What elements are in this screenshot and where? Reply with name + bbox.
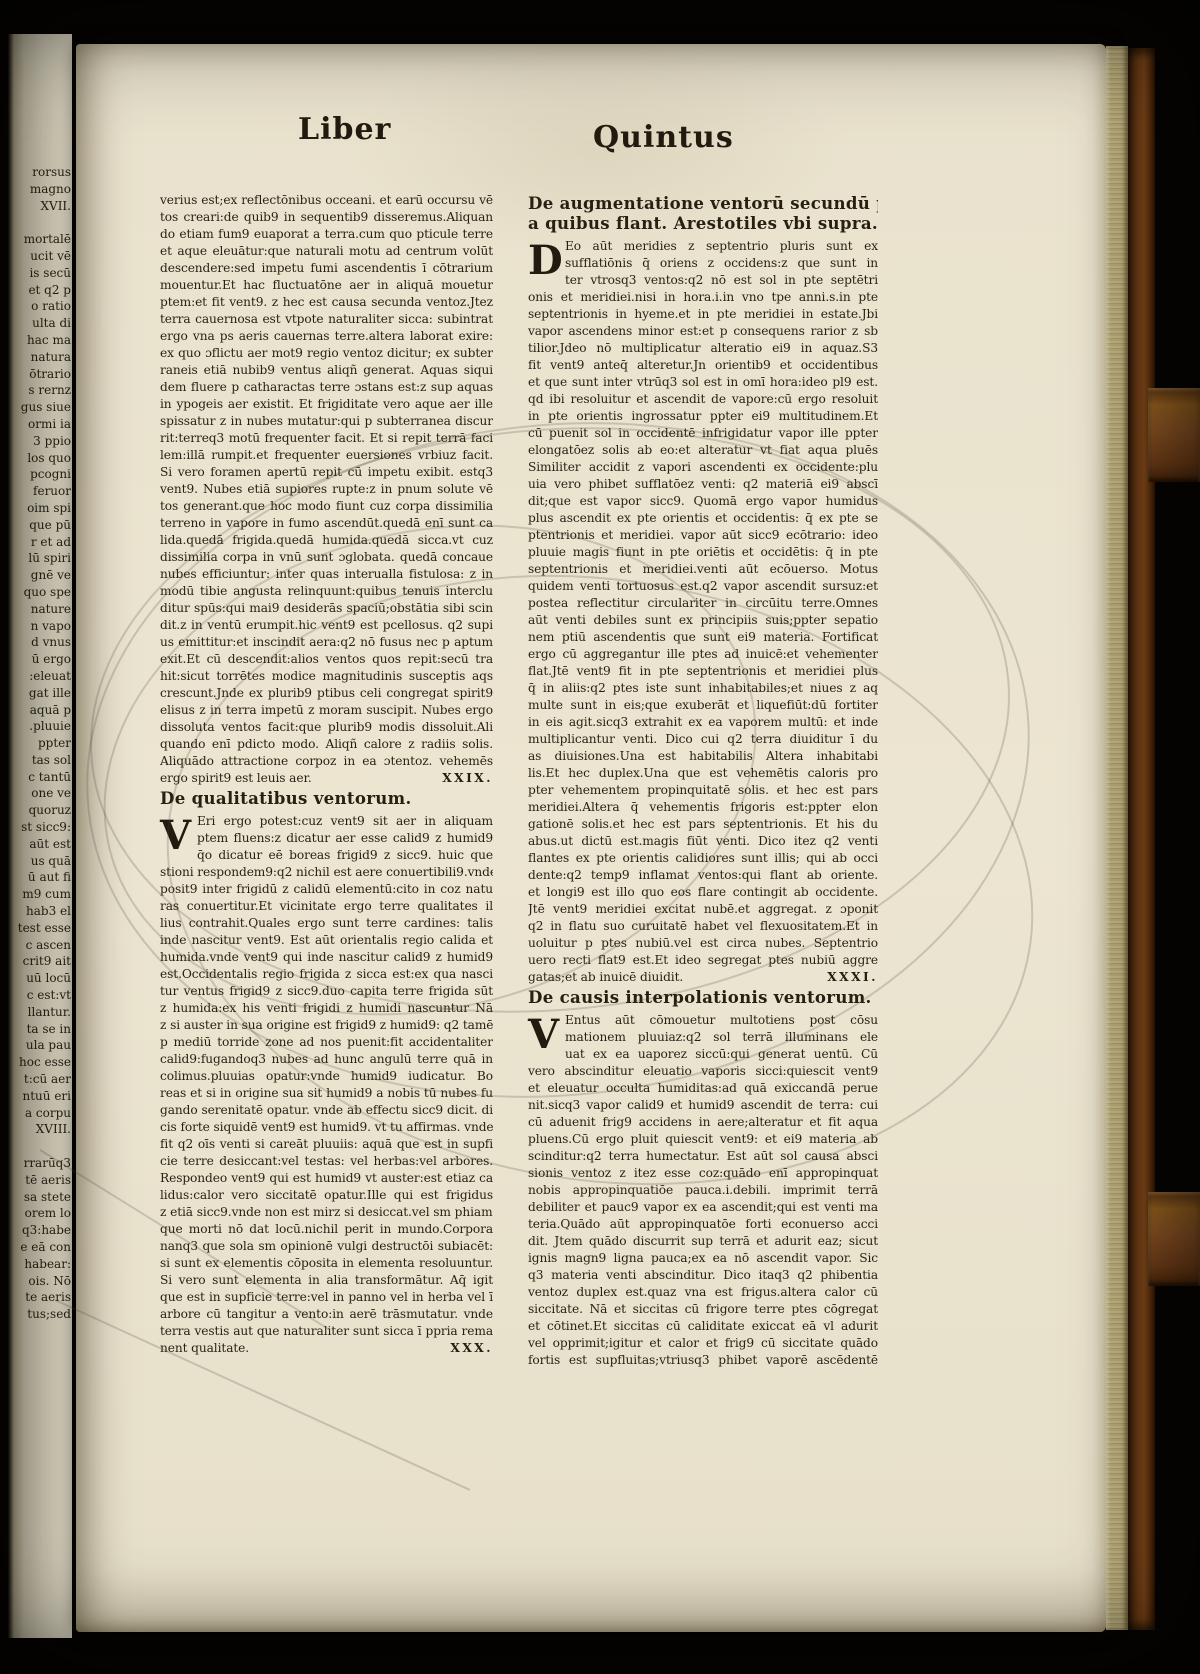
fragment-line: d vnus xyxy=(8,634,71,651)
text-column-left: verius est;ex reflectōnibus occeani. et … xyxy=(160,192,493,1357)
section-heading: De augmentatione ventorū secundū ptesa q… xyxy=(528,194,878,234)
text-line: septentrionis in hyeme.et in pte meridie… xyxy=(528,306,878,323)
facing-page-fragments: rorsusmagnoXVII. mortalēucit vēis secūet… xyxy=(8,164,71,1323)
text-paragraph: VEntus aūt cōmouetur multotiens post cōs… xyxy=(528,1012,878,1369)
fragment-line: ulta di xyxy=(8,315,71,332)
fragment-line: e eā con xyxy=(8,1239,71,1256)
text-line: tos creari:de quib9 in sequentib9 disser… xyxy=(160,209,493,226)
text-line: pluens.Cū ergo pluit quiescit vent9: et … xyxy=(528,1131,878,1148)
text-line: pluuie magis fiunt in pte oriētis et occ… xyxy=(528,544,878,561)
text-line: ptem:et fit vent9. z hec est causa secun… xyxy=(160,294,493,311)
fragment-line: q3:habe xyxy=(8,1222,71,1239)
text-line: calid9:fugandoq3 nubes ad hunc angulū te… xyxy=(160,1051,493,1068)
text-line: siccitate. Nā et siccitas cū frigore ter… xyxy=(528,1301,878,1318)
fragment-line: pcogni xyxy=(8,466,71,483)
text-line: dissoluta ventos facit:que plurib9 modis… xyxy=(160,719,493,736)
text-paragraph: VEri ergo potest:cuz vent9 sit aer in al… xyxy=(160,813,493,1357)
text-line: qd ibi resoluitur et ascendit de vapore:… xyxy=(528,391,878,408)
text-line: que est in supficie terre:vel in panno v… xyxy=(160,1289,493,1306)
fragment-line: tas sol xyxy=(8,752,71,769)
fragment-line: los quo xyxy=(8,450,71,467)
fragment-line: feruor xyxy=(8,483,71,500)
text-line: postea reflectitur circulariter in circū… xyxy=(528,595,878,612)
fragment-line: XVIII. xyxy=(8,1121,71,1138)
text-line: dente:q2 temp9 inflamat ventos:qui flant… xyxy=(528,867,878,884)
text-line: posit9 inter frigidū z calidū elementū:c… xyxy=(160,881,493,898)
fragment-line: oim spi xyxy=(8,500,71,517)
text-line: cis forte siquidē vent9 est humid9. vt t… xyxy=(160,1119,493,1136)
fragment-line: is secū xyxy=(8,265,71,282)
heading-line: De augmentatione ventorū secundū ptes xyxy=(528,194,878,214)
text-line: dem fluere p catharactas terre ɔstans es… xyxy=(160,379,493,396)
text-line: z humida:ex his venti frigidi z humidi n… xyxy=(160,1000,493,1017)
text-line: Similiter accidit z vapori ascendenti ex… xyxy=(528,459,878,476)
text-line: que morti nō dat locū.nichil perit in mu… xyxy=(160,1221,493,1238)
text-line: et cōtinet.Et siccitas cū caliditate exi… xyxy=(528,1318,878,1335)
text-line: terra cauernosa est vtpote naturaliter s… xyxy=(160,311,493,328)
text-line: gatas;et ab inuicē diuidit.XXXI. xyxy=(528,969,878,986)
text-line: quando enī pdicto modo. Aliqñ calore z r… xyxy=(160,736,493,753)
text-line: mouentur.Et hac fluctuatōne aer in aliqu… xyxy=(160,277,493,294)
text-line-end: gatas;et ab inuicē diuidit. xyxy=(528,969,683,986)
text-line: Respondeo vent9 qui est humid9 vt auster… xyxy=(160,1170,493,1187)
text-line: descendere:sed impetu fumi ascendentis ī… xyxy=(160,260,493,277)
text-line: inde nascitur vent9. Est aūt orientalis … xyxy=(160,932,493,949)
text-line: ditur spūs:qui mai9 desiderās spaciū;obs… xyxy=(160,600,493,617)
text-paragraph: verius est;ex reflectōnibus occeani. et … xyxy=(160,192,493,787)
text-line: teria.Quādo aūt appropinquatōe forti eco… xyxy=(528,1216,878,1233)
text-line: do etiam fum9 euaporat a terra.cum quo p… xyxy=(160,226,493,243)
book-page: Liber Quintus verius est;ex reflectōnibu… xyxy=(76,44,1106,1632)
fragment-line: r et ad xyxy=(8,534,71,551)
fragment-line: st sicc9: xyxy=(8,819,71,836)
fragment-line: ormi ia xyxy=(8,416,71,433)
text-line: lida.quedā frigida.quedā humida.quedā si… xyxy=(160,532,493,549)
fragment-line: ōtrario xyxy=(8,366,71,383)
facing-page-edge: rorsusmagnoXVII. mortalēucit vēis secūet… xyxy=(8,34,72,1638)
text-line: fit vent9 anteq̄ alteretur.Jn orientib9 … xyxy=(528,357,878,374)
text-line: nem ptiū ascendentis que sunt ei9 materi… xyxy=(528,629,878,646)
text-line: exit.Et cū descendit:alios ventos quos r… xyxy=(160,651,493,668)
text-line: ex quo ɔflictu aer mot9 regio ventoz dic… xyxy=(160,345,493,362)
text-line: lidus:calor vero siccitatē opatur.Ille q… xyxy=(160,1187,493,1204)
text-line: vel opprimit;igitur et calor et frig9 cū… xyxy=(528,1335,878,1352)
text-line: us emittitur:et inscindit aera:q2 nō fus… xyxy=(160,634,493,651)
text-line: q3 materia venti abscinditur. Dico itaq3… xyxy=(528,1267,878,1284)
text-line: sionis ventoz z itez esse coz:quādo enī … xyxy=(528,1165,878,1182)
text-line: aūt venti debiles sunt ex principiis sui… xyxy=(528,612,878,629)
text-line: Si vero foramen apertū repit cū impetu e… xyxy=(160,464,493,481)
text-line: pter vehementem propinquitatē solis. et … xyxy=(528,782,878,799)
fragment-line: crit9 ait xyxy=(8,953,71,970)
text-line: cū aduenit frig9 accidens in aere;altera… xyxy=(528,1114,878,1131)
text-line: z si auster in sua origine est frigid9 z… xyxy=(160,1017,493,1034)
fragment-line: t:cū aer xyxy=(8,1071,71,1088)
fragment-line: quo spe xyxy=(8,584,71,601)
text-line: debiliter et pauc9 vapor ex ea ascendit;… xyxy=(528,1199,878,1216)
text-line: p mediū torride zone ad nos puenit:fit a… xyxy=(160,1034,493,1051)
text-line: humida.vnde vent9 qui inde nascitur cali… xyxy=(160,949,493,966)
heading-line: De qualitatibus ventorum. xyxy=(160,789,493,809)
fragment-line: magno xyxy=(8,181,71,198)
text-line: ter vtrosq3 ventos:q2 nō est sol in pte … xyxy=(528,272,878,289)
text-line: Eri ergo potest:cuz vent9 sit aer in ali… xyxy=(160,813,493,830)
fragment-line: tē aeris xyxy=(8,1172,71,1189)
text-line: flantes ex pte orientis calidiores sunt … xyxy=(528,850,878,867)
text-line: dit;que est vapor sicc9. Quomā ergo vapo… xyxy=(528,493,878,510)
text-line: elisus z in terra impetū z moram suscipi… xyxy=(160,702,493,719)
text-line: ptem fluens:z dicatur aer esse calid9 z … xyxy=(160,830,493,847)
text-line: hit:sicut torrētes modice magnitudinis s… xyxy=(160,668,493,685)
text-line: uat ex ea uaporez siccū:qui generat uent… xyxy=(528,1046,878,1063)
fragment-line: c tantū xyxy=(8,769,71,786)
fragment-line: ntuū eri xyxy=(8,1088,71,1105)
text-line: sufflatiōnis q̄ oriens z occidens:z que … xyxy=(528,255,878,272)
text-line: quidem venti tortuosus est.q2 vapor asce… xyxy=(528,578,878,595)
text-line: lem:illā rumpit.et frequenter euersiones… xyxy=(160,447,493,464)
fragment-line: ū aut fi xyxy=(8,869,71,886)
text-line: scinditur:q2 terra humectatur. Est aūt s… xyxy=(528,1148,878,1165)
text-line: raneis etiā nubib9 ventus aliqñ generat.… xyxy=(160,362,493,379)
text-line: tos generant.que hoc modo fiunt cuz corp… xyxy=(160,498,493,515)
text-line: et que sunt inter vtrūq3 sol est in omī … xyxy=(528,374,878,391)
text-line: nobis appropinquatiōe pauca.i.debili. im… xyxy=(528,1182,878,1199)
text-line: flat.Jtē vent9 fit in pte septentrionis … xyxy=(528,663,878,680)
fragment-line: sa stete xyxy=(8,1189,71,1206)
text-line: ergo vna ps aeris cauernas terre.altera … xyxy=(160,328,493,345)
fragment-line: one ve xyxy=(8,785,71,802)
text-line: dissimilia corpa in vnū sunt ɔglobata. q… xyxy=(160,549,493,566)
text-line: et longi9 est illo quo eos flare conting… xyxy=(528,884,878,901)
heading-line: a quibus flant. Arestotiles vbi supra. xyxy=(528,214,878,234)
text-line: ergo spirit9 est leuis aer.XXIX. xyxy=(160,770,493,787)
fragment-line: natura xyxy=(8,349,71,366)
fore-edge-pages xyxy=(1106,46,1128,1630)
text-line: onis et meridiei.nisi in hora.i.in vno t… xyxy=(528,289,878,306)
fragment-line: n vapo xyxy=(8,618,71,635)
text-line: cie terre desiccant:vel testas: vel herb… xyxy=(160,1153,493,1170)
fragment-line: :eleuat xyxy=(8,668,71,685)
fragment-line: ū ergo xyxy=(8,651,71,668)
fragment-line: aquā p xyxy=(8,702,71,719)
text-line: uia vero phibet sufflatōez venti: q2 mat… xyxy=(528,476,878,493)
fragment-line: hoc esse xyxy=(8,1054,71,1071)
fragment-line: 3 ppio xyxy=(8,433,71,450)
text-line: ras conuertitur.Et vicinitate ergo terre… xyxy=(160,898,493,915)
text-line: ergo cū aggregantur ille ptes ad inuicē:… xyxy=(528,646,878,663)
text-line: fit q2 oīs venti si careāt pluuiis: aquā… xyxy=(160,1136,493,1153)
fragment-line: ucit vē xyxy=(8,248,71,265)
text-line-end: nent qualitate. xyxy=(160,1340,249,1357)
text-line: abus.ut dictū est.magis fiūt venti. Dico… xyxy=(528,833,878,850)
text-line: gationē solis.et hec est pars septentrio… xyxy=(528,816,878,833)
fragment-line: et q2 p xyxy=(8,282,71,299)
running-title-left: Liber xyxy=(298,112,391,147)
text-line: dit. Jtem quādo discurrit sup terrā et a… xyxy=(528,1233,878,1250)
text-line: fortis est supfluitas;vtriusq3 phibet va… xyxy=(528,1352,878,1369)
fragment-line: c est:vt xyxy=(8,987,71,1004)
fragment-line: s rernz xyxy=(8,382,71,399)
text-line: colimus.pluuias opatur:vnde humid9 iudic… xyxy=(160,1068,493,1085)
text-line: reas et si in origine sua sit humid9 a n… xyxy=(160,1085,493,1102)
text-line: ventoz duplex est.quaz vna est frigus.al… xyxy=(528,1284,878,1301)
text-line: Entus aūt cōmouetur multotiens post cōsu xyxy=(528,1012,878,1029)
text-line: si sunt ex elementis cōposita in element… xyxy=(160,1255,493,1272)
text-line: ptentrionis et meridiei. vapor aūt sicc9… xyxy=(528,527,878,544)
fragment-line: us quā xyxy=(8,853,71,870)
fragment-line: mortalē xyxy=(8,231,71,248)
text-line: nit.sicq3 vapor calid9 et humid9 ascendi… xyxy=(528,1097,878,1114)
text-line: verius est;ex reflectōnibus occeani. et … xyxy=(160,192,493,209)
fragment-line: ula pau xyxy=(8,1037,71,1054)
text-line: lius contrahit.Quales ergo sunt terre ca… xyxy=(160,915,493,932)
text-line: meridiei.Altera q̄ vehementis frigoris e… xyxy=(528,799,878,816)
text-line: uoluitur p ptes nubiū.vel est circa nube… xyxy=(528,935,878,952)
fragment-line: llantur. xyxy=(8,1004,71,1021)
running-title-right: Quintus xyxy=(593,120,734,155)
text-line: tur ventus frigid9 z sicc9.duo capita te… xyxy=(160,983,493,1000)
text-line: stioni respondem9:q2 nichil est aere con… xyxy=(160,864,493,881)
text-line: tilior.Jdeo nō multiplicatur alteratio e… xyxy=(528,340,878,357)
fragment-line: ois. Nō xyxy=(8,1273,71,1290)
fragment-line: gnē ve xyxy=(8,567,71,584)
text-line: terreno in vapore in fumo ascendūt.quedā… xyxy=(160,515,493,532)
text-line: in pte orientis ingrossatur ppter ei9 mu… xyxy=(528,408,878,425)
fragment-line: nature xyxy=(8,601,71,618)
text-line: septentrionis et meridiei.venti aūt ecōu… xyxy=(528,561,878,578)
fragment-line: tus;sed xyxy=(8,1306,71,1323)
fragment-line: orem lo xyxy=(8,1205,71,1222)
fragment-line: gus siue xyxy=(8,399,71,416)
text-line-end: ergo spirit9 est leuis aer. xyxy=(160,770,312,787)
text-line: et eleuatur occulta humiditas:ad quā exi… xyxy=(528,1080,878,1097)
section-heading: De causis interpolationis ventorum. xyxy=(528,988,878,1008)
text-line: rit:terreq3 motū frequenter facit. Et si… xyxy=(160,430,493,447)
text-line: gando serenitatē opatur. vnde ab effectu… xyxy=(160,1102,493,1119)
fragment-line: .pluuie xyxy=(8,718,71,735)
leather-strap-lower xyxy=(1148,1192,1200,1286)
fragment-line: a corpu xyxy=(8,1105,71,1122)
fragment-line: uū locū xyxy=(8,970,71,987)
fragment-line: ta se in xyxy=(8,1021,71,1038)
fragment-line: quoruz xyxy=(8,802,71,819)
fragment-line: m9 cum xyxy=(8,886,71,903)
binding-board xyxy=(1128,48,1155,1630)
fragment-line: gat ille xyxy=(8,685,71,702)
chapter-number: XXX. xyxy=(450,1340,493,1357)
fragment-line xyxy=(8,214,71,231)
text-line: mationem pluuiaz:q2 sol terrā illuminans… xyxy=(528,1029,878,1046)
text-line: ignis magn9 ligna pauca;ex ea nō ascendi… xyxy=(528,1250,878,1267)
fragment-line: te aeris xyxy=(8,1289,71,1306)
drop-cap-initial: V xyxy=(160,813,191,859)
text-line: vero abscinditur eleuatio vaporis sicci:… xyxy=(528,1063,878,1080)
text-line: q̄ in aliis:q2 ptes iste sunt inhabitabi… xyxy=(528,680,878,697)
fragment-line: que pū xyxy=(8,517,71,534)
fragment-line: c ascen xyxy=(8,937,71,954)
fragment-line: ppter xyxy=(8,735,71,752)
text-line: plus ascendit ex pte orientis et occiden… xyxy=(528,510,878,527)
fragment-line: lū spiri xyxy=(8,550,71,567)
fragment-line: o ratio xyxy=(8,298,71,315)
text-line: lis.Et hec duplex.Una que est vehemētis … xyxy=(528,765,878,782)
heading-line: De causis interpolationis ventorum. xyxy=(528,988,878,1008)
text-line: Jtē vent9 meridiei excitat nubē.et aggre… xyxy=(528,901,878,918)
fragment-line: habear: xyxy=(8,1256,71,1273)
text-line: vapor ascendens minor est:et p consequen… xyxy=(528,323,878,340)
text-line: nubes efficiuntur: inter quas interualla… xyxy=(160,566,493,583)
text-line: nent qualitate.XXX. xyxy=(160,1340,493,1357)
fragment-line xyxy=(8,1138,71,1155)
text-line: elongatōez solis ab eo:et alteratur vt f… xyxy=(528,442,878,459)
text-line: nanq3 que sola sm opinionē vulgi destruc… xyxy=(160,1238,493,1255)
text-line: in eis agit.sicq3 extrahit ex ea vaporem… xyxy=(528,714,878,731)
text-line: uero recti flat9 est.Et ideo segregat pt… xyxy=(528,952,878,969)
chapter-number: XXIX. xyxy=(442,770,493,787)
text-line: q̄o dicatur eē boreas frigid9 z sicc9. h… xyxy=(160,847,493,864)
text-line: et aque eleuātur:que naturali motu ad ce… xyxy=(160,243,493,260)
text-line: Aliquādo attractione corpoz in ea ɔtento… xyxy=(160,753,493,770)
drop-cap-initial: V xyxy=(528,1012,559,1058)
text-line: z etiā sicc9.vnde non est mirz si desicc… xyxy=(160,1204,493,1221)
photo-background: rorsusmagnoXVII. mortalēucit vēis secūet… xyxy=(0,0,1200,1674)
text-paragraph: DEo aūt meridies z septentrio pluris sun… xyxy=(528,238,878,986)
text-line: Eo aūt meridies z septentrio pluris sunt… xyxy=(528,238,878,255)
text-line: Si vero sunt elementa in alia transformā… xyxy=(160,1272,493,1289)
text-line: cū puenit sol in occidentē infrigidatur … xyxy=(528,425,878,442)
text-line: spissatur z in nubes mutatur:qui p subte… xyxy=(160,413,493,430)
fragment-line: aūt est xyxy=(8,836,71,853)
text-line: q2 in flatu suo curuitatē habet vel flex… xyxy=(528,918,878,935)
text-line: in ypogeis aer existit. Et frigiditate v… xyxy=(160,396,493,413)
text-line: as diuisiones.Una est habitabilis Altera… xyxy=(528,748,878,765)
fragment-line: hac ma xyxy=(8,332,71,349)
text-line: modū tibie angusta relinquunt:quibus ten… xyxy=(160,583,493,600)
fragment-line: rorsus xyxy=(8,164,71,181)
drop-cap-initial: D xyxy=(528,238,563,284)
chapter-number: XXXI. xyxy=(827,969,878,986)
text-line: est.Occidentalis regio frigida z sicca e… xyxy=(160,966,493,983)
text-line: terra vestis aut que naturaliter sunt si… xyxy=(160,1323,493,1340)
text-line: arbore cū tangitur a vento:in aerē trāsm… xyxy=(160,1306,493,1323)
fragment-line: rrarūq3 xyxy=(8,1155,71,1172)
text-line: dit.z in ventū erumpit.hic vent9 est pce… xyxy=(160,617,493,634)
text-line: vent9. Nubes etiā supiores rupte:z in pn… xyxy=(160,481,493,498)
leather-strap-upper xyxy=(1148,388,1200,482)
fragment-line: test esse xyxy=(8,920,71,937)
text-column-right: De augmentatione ventorū secundū ptesa q… xyxy=(528,192,878,1369)
section-heading: De qualitatibus ventorum. xyxy=(160,789,493,809)
fragment-line: hab3 el xyxy=(8,903,71,920)
text-line: crescunt.Jnde ex plurib9 ptibus celi con… xyxy=(160,685,493,702)
text-line: multe sunt in eis;que exuberāt et liquef… xyxy=(528,697,878,714)
fragment-line: XVII. xyxy=(8,198,71,215)
text-line: multiplicantur venti. Dico cui q2 terra … xyxy=(528,731,878,748)
